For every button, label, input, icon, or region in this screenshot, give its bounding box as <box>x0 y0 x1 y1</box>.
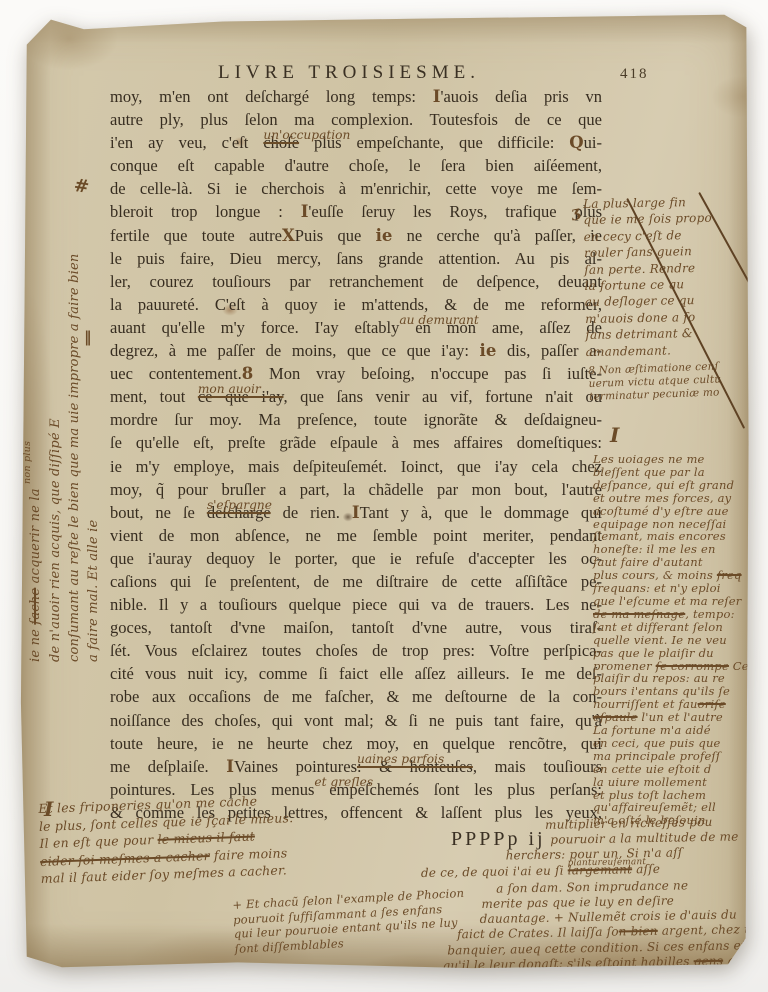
printed-text: cité vous nuit icy, comme ſi faict elle … <box>110 664 602 683</box>
handwritten-text: ſache <box>28 588 43 625</box>
handwritten-text: eſpaule <box>593 710 638 724</box>
handwritten-text: freq <box>717 568 742 582</box>
handwritten-text: argent, chez un <box>658 923 750 939</box>
print-line: i'en ay veu, c'eſt un'occupationchoſe pl… <box>110 131 602 154</box>
insertion-i-mark-right: I <box>610 423 619 447</box>
handwritten-text: I <box>226 757 234 776</box>
handwritten-text: Ce <box>729 659 749 673</box>
printed-text: Tant y à, que le dommage qui <box>360 503 602 522</box>
handwritten-text: ſans detrimant & <box>585 326 692 342</box>
printed-text: que i'auray dequoy le porter, que ie ref… <box>110 549 602 568</box>
handwritten-text: conſumant au reſte le bien que ma uie im… <box>67 254 82 662</box>
print-line: ie m'y employe, mais deſpiteuſemét. Ioin… <box>110 455 602 478</box>
handwritten-text: et outre mes forces, ay <box>593 491 731 505</box>
handwritten-text: bleſſent que par la <box>593 465 705 479</box>
printed-text: auant qu'elle m'y force. I'ay eſtably <box>110 318 399 337</box>
printed-text: noiſſance des choſes, qui vont mal; & ſi… <box>110 711 602 730</box>
handwritten-text: La plus large fin <box>583 195 686 211</box>
handwritten-text: faut faire d'autant <box>593 555 703 569</box>
handwritten-text: Il en eſt que pour <box>39 832 158 851</box>
handwritten-text: ie <box>376 226 393 245</box>
printed-text: la pauureté. C'eſt à quoy ie m'attends, … <box>110 295 602 314</box>
hand-line: aus plus ſimples du peuple. Come ſi les … <box>438 968 750 972</box>
printed-text: ne cerche qu'à paſſer, ie <box>392 226 602 245</box>
handwritten-text: en cecy c'eſt de <box>584 228 682 244</box>
printed-text: uec contentement. <box>110 364 242 383</box>
printed-text: nible. Il y a touſiours quelque piece qu… <box>110 595 602 614</box>
handwritten-text: 8 <box>242 364 253 383</box>
hand-line: ie ne ſache acquerir ne la non plus <box>26 157 46 662</box>
handwritten-text: bours i'entans qu'ils ſe <box>593 684 730 698</box>
print-line: ler, courez touſiours par retranchement … <box>110 270 602 293</box>
page-title: LIVRE TROISIESME. <box>218 62 480 84</box>
printed-text: fertile que toute autre <box>110 226 282 245</box>
handwritten-text: qu'il les diſtri <box>723 952 750 968</box>
handwritten-text: ie ne <box>28 625 43 662</box>
handwritten-text: I <box>433 87 441 106</box>
printed-text: 'euſſe ſeruy les Roys, trafique plus <box>308 202 602 221</box>
hand-line: amandemant. <box>586 340 750 360</box>
printed-text: ui- <box>584 133 602 152</box>
print-line: moy, m'en ont deſchargé long temps: I'au… <box>110 85 602 108</box>
hand-note-bottom-right: multiplier en richeſſes poupouruoir a la… <box>420 814 750 972</box>
print-line: robe aux occaſions de me faſcher, & me d… <box>110 685 602 708</box>
book-page: LIVRE TROISIESME. 418 moy, m'en ont deſc… <box>18 10 750 972</box>
handwritten-text: m'auois done a ſo <box>585 310 695 326</box>
handwritten-text: Les uoiages ne me <box>593 452 705 466</box>
handwritten-text: equipage non neceſſai <box>593 517 726 531</box>
handwritten-text: acoſtumé d'y eſtre aue <box>593 504 729 518</box>
handwritten-text: frequans: et n'y eploi <box>593 581 721 595</box>
handwritten-text: faict de Crates. Il laiſſa ſo <box>457 925 619 942</box>
handwritten-text: pas que le plaiſir du <box>593 646 714 660</box>
handwritten-text: multiplier en richeſſes pou <box>545 815 713 832</box>
printed-text: bleroit trop longue : <box>110 202 301 221</box>
handwritten-text: gens <box>694 954 724 969</box>
handwritten-text: ſlemant, mais encores <box>593 529 726 543</box>
double-bar-mark: ‖ <box>84 328 92 346</box>
hand-line: de n'auoir rien acquis, que diſſipé E <box>46 157 65 662</box>
insertion-i-mark-left: I <box>44 797 53 821</box>
handwritten-text: le mieus il faut <box>157 828 255 846</box>
printed-text: de rien. <box>271 503 352 522</box>
handwritten-text: faire moins <box>209 845 287 863</box>
print-line: mordre ſur moy. Ma preſence, toute ignor… <box>110 408 602 431</box>
printed-text: ment, tout <box>110 387 198 406</box>
handwritten-text: oriſe <box>698 697 726 711</box>
printed-text: ſét. Vous eſclairez toutes choſes de tro… <box>110 641 602 660</box>
printed-text: ler, courez touſiours par retranchement … <box>110 272 602 291</box>
printed-text: mordre ſur moy. Ma preſence, toute ignor… <box>110 410 602 429</box>
printed-text: moy, q̃ pour bruſler a part, la chãdelle… <box>110 480 602 499</box>
printed-text: robe aux occaſions de me faſcher, & me d… <box>110 687 602 706</box>
printed-text: autre ply, plus ſelon ma complexion. Tou… <box>110 110 602 129</box>
printed-text: ie m'y employe, mais deſpiteuſemét. Ioin… <box>110 457 602 476</box>
print-line: cité vous nuit icy, comme ſi faict elle … <box>110 662 602 685</box>
printed-text: bout, ne ſe <box>110 503 207 522</box>
printed-text: i'en ay veu, c'eſt <box>110 133 263 152</box>
print-line: ment, tout mon auoirce que i'ay, que ſan… <box>110 385 602 408</box>
hand-line: a faire mal. Et alle ie <box>84 157 103 662</box>
print-line: nible. Il y a touſiours quelque piece qu… <box>110 593 602 616</box>
hand-note-bottom-center-phocion: + Et chacũ ſelon l'example de Phocionpou… <box>232 886 465 956</box>
printed-text: toute heure, ie ne heurte chez moy, en q… <box>110 734 602 753</box>
handwritten-text: X <box>282 226 295 245</box>
print-line: vient de mon abſence, ne me ſemble point… <box>110 524 602 547</box>
print-line: le puis faire, Dieu mercy, ſans grande a… <box>110 247 602 270</box>
print-line: goces, tantoſt d'vne maiſon, tantoſt d'v… <box>110 616 602 639</box>
printed-text: de celle-là. Si ie cherchois à m'enrichi… <box>110 179 602 198</box>
printed-text: ſe qu'elle eſt, preſte grãde eſpaule à m… <box>110 433 602 452</box>
handwritten-text: quelle vient. Ie ne veu <box>593 633 727 647</box>
handwritten-text: aus plus ſimples du peuple. Come ſi les … <box>438 967 750 972</box>
page-number: 418 <box>620 66 649 83</box>
print-line: autre ply, plus ſelon ma complexion. Tou… <box>110 108 602 131</box>
printed-text: 'auois deſia pris vn <box>441 87 603 106</box>
hand-note-bottom-left: Et les friponeries qu'on me cachele plus… <box>38 790 341 888</box>
handwritten-text: de ma meſnage <box>593 607 685 621</box>
handwritten-text: ma principale profeſſ <box>593 749 720 763</box>
handwritten-text: honeſte: il me les en <box>593 542 716 556</box>
printed-text: , que ſans venir au vif, fortune n'ait o… <box>283 387 602 406</box>
handwritten-text: a faire mal. Et alle ie <box>86 520 101 662</box>
print-line: ſe qu'elle eſt, preſte grãde eſpaule à m… <box>110 431 602 454</box>
printed-text: conque eſt capable d'autre choſe, le ſer… <box>110 156 602 175</box>
print-line: ſét. Vous eſclairez toutes choſes de tro… <box>110 639 602 662</box>
handwritten-text: I <box>352 503 360 522</box>
print-line: moy, q̃ pour bruſler a part, la chãdelle… <box>110 478 602 501</box>
handwritten-text: que ie me ſois propo <box>583 211 712 227</box>
print-line: que i'auray dequoy le porter, que ie ref… <box>110 547 602 570</box>
handwritten-text: et plus toſt lachem <box>593 788 706 802</box>
handwritten-text: l'un et l'autre <box>638 710 723 724</box>
handwritten-text: de ce, de quoi i'ai eu ſi <box>421 863 568 880</box>
printed-text: goces, tantoſt d'vne maiſon, tantoſt d'v… <box>110 618 602 637</box>
print-line: bout, ne ſe s'eſpargnedeſcharge de rien.… <box>110 501 602 524</box>
handwritten-text: plus cours, & moins <box>593 568 717 582</box>
handwritten-text: La fortune m'a aidé <box>593 723 711 737</box>
handwritten-text: ſe corrompe <box>656 659 729 673</box>
handwritten-text: rouler ſans guein <box>584 244 692 260</box>
margin-note-right-voyages: Les uoiages ne mebleſſent que par ladeſp… <box>593 453 750 827</box>
handwritten-text: amandemant. <box>586 343 672 358</box>
hand-line: conſumant au reſte le bien que ma uie im… <box>65 157 84 662</box>
printed-text: Vaines pointures <box>234 757 357 776</box>
hand-note-left-vertical: ie ne ſache acquerir ne la non plusde n'… <box>26 157 103 662</box>
handwritten-text: Q <box>569 133 583 152</box>
handwritten-text: deſpance, qui eſt grand <box>593 478 734 492</box>
print-line: de celle-là. Si ie cherchois à m'enrichi… <box>110 177 602 200</box>
handwritten-text: n bien <box>619 924 658 939</box>
print-line: uec contentement.8 Mon vray beſoing, n'o… <box>110 362 602 385</box>
print-line: fertile que toute autreXPuis que ie ne c… <box>110 224 602 247</box>
handwritten-text: promener <box>593 659 656 673</box>
printed-text: vient de mon abſence, ne me ſemble point… <box>110 526 602 545</box>
handwritten-text: acquerir ne la <box>28 484 43 588</box>
printed-text: Puis que <box>295 226 376 245</box>
handwritten-text: plaiſir du repos: au re <box>593 671 725 685</box>
printed-text: , mais touſiours <box>473 757 602 776</box>
printed-text: caſions qui ſe preſentent, de me diſtrai… <box>110 572 602 591</box>
handwritten-text: nourriſſent et fau <box>593 697 698 711</box>
handwritten-text: la uiure mollement <box>593 775 707 789</box>
book-page-wrapper: LIVRE TROISIESME. 418 moy, m'en ont deſc… <box>18 10 750 972</box>
print-line: noiſſance des choſes, qui vont mal; & ſi… <box>110 709 602 732</box>
print-line: degrez, à me paſſer de moins, que ce que… <box>110 339 602 362</box>
handwritten-text: en ceci, que puis que <box>593 736 721 750</box>
handwritten-text: que l'eſcume et ma reſer <box>593 594 742 608</box>
print-line: bleroit trop longue : I'euſſe ſeruy les … <box>110 200 602 223</box>
hash-mark: # <box>73 175 91 198</box>
photo-background: { "header": { "title": "LIVRE TROISIESME… <box>0 0 768 992</box>
printed-text: me deſplaiſe. <box>110 757 226 776</box>
print-line: caſions qui ſe preſentent, de me diſtrai… <box>110 570 602 593</box>
print-line: conque eſt capable d'autre choſe, le ſer… <box>110 154 602 177</box>
handwritten-text: pouruoir a la multitude de me <box>550 830 738 847</box>
print-line: toute heure, ie ne heurte chez moy, en q… <box>110 732 602 755</box>
handwritten-text: ſan perte. Rendre <box>584 261 695 277</box>
handwritten-text: qu'affaireuſemẽt; ell <box>593 800 716 814</box>
printed-text-block: moy, m'en ont deſchargé long temps: I'au… <box>110 85 602 824</box>
printed-text: degrez, à me paſſer de moins, que ce que… <box>110 341 480 360</box>
handwritten-text: ie <box>480 341 497 360</box>
handwritten-text: , tempo: <box>685 607 734 621</box>
print-line: auant qu'elle m'y force. I'ay eſtablyau … <box>110 316 602 339</box>
printed-text: moy, m'en ont deſchargé long temps: <box>110 87 433 106</box>
handwritten-text: ſant et differant ſelon <box>593 620 723 634</box>
margin-note-right-latin: 8 Non æſtimatione cenſuerum victu atque … <box>588 359 750 404</box>
handwritten-text: en cette uie eſtoit d <box>593 762 712 776</box>
print-line: la pauureté. C'eſt à quoy ie m'attends, … <box>110 293 602 316</box>
handwritten-text: de n'auoir rien acquis, que diſſipé E <box>48 418 63 662</box>
printed-text: le puis faire, Dieu mercy, ſans grande a… <box>110 249 602 268</box>
printed-text: Mon vray beſoing, n'occupe pas ſi iuſte- <box>253 364 602 383</box>
